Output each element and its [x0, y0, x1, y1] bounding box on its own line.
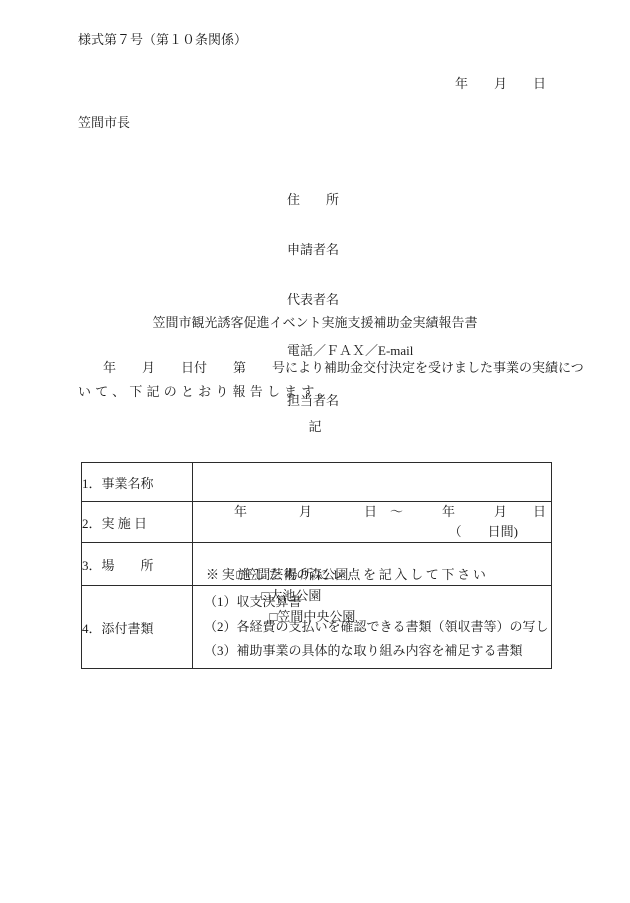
- document-title: 笠間市観光誘客促進イベント実施支援補助金実績報告書: [0, 316, 630, 329]
- implementation-date-cell: 年 月 日 ～ 年 月 日 （ 日間): [193, 502, 552, 543]
- date-period-line: 年 月 日 ～ 年 月 日: [193, 502, 551, 522]
- table-row-place: 3．場 所 □笠間芸術の森公園 □大池公園 □笠間中央公園 ※実施した場所にレ点…: [82, 543, 552, 586]
- place-label: 3．場 所: [82, 543, 193, 586]
- table-row-project-name: 1．事業名称: [82, 463, 552, 502]
- attachment-item: （2）各経費の支払いを確認できる書類（領収書等）の写し: [193, 615, 551, 640]
- date-days-line: （ 日間): [193, 522, 551, 542]
- place-cell: □笠間芸術の森公園 □大池公園 □笠間中央公園 ※実施した場所にレ点を記入して下…: [193, 543, 552, 586]
- report-table: 1．事業名称 2．実 施 日 年 月 日 ～ 年 月 日 （ 日間) 3．場 所…: [81, 462, 552, 669]
- attachment-item: （3）補助事業の具体的な取り組み内容を補足する書類: [193, 639, 551, 664]
- form-number: 様式第７号（第１０条関係）: [78, 33, 247, 46]
- place-options-line: □笠間芸術の森公園 □大池公園 □笠間中央公園: [193, 543, 551, 564]
- project-name-label: 1．事業名称: [82, 463, 193, 502]
- body-paragraph-line2: いて、下記のとおり報告します。: [78, 385, 335, 398]
- attachments-label: 4．添付書類: [82, 586, 193, 669]
- report-form-page: 様式第７号（第１０条関係） 年 月 日 笠間市長 住 所 申請者名 代表者名 電…: [0, 0, 630, 903]
- address-label: 住 所: [287, 188, 413, 212]
- addressee-mayor: 笠間市長: [78, 116, 130, 129]
- attachments-list: （1）収支決算書 （2）各経費の支払いを確認できる書類（領収書等）の写し （3）…: [193, 590, 551, 664]
- implementation-date-label: 2．実 施 日: [82, 502, 193, 543]
- project-name-value[interactable]: [193, 472, 551, 492]
- place-note: ※実施した場所にレ点を記入して下さい: [193, 564, 551, 585]
- applicant-name-label: 申請者名: [287, 238, 413, 262]
- representative-name-label: 代表者名: [287, 288, 413, 312]
- date-line: 年 月 日: [455, 77, 546, 90]
- project-name-cell[interactable]: [193, 463, 552, 502]
- table-row-date: 2．実 施 日 年 月 日 ～ 年 月 日 （ 日間): [82, 502, 552, 543]
- record-marker: 記: [0, 420, 630, 433]
- attachments-cell: （1）収支決算書 （2）各経費の支払いを確認できる書類（領収書等）の写し （3）…: [193, 586, 552, 669]
- attachment-item: （1）収支決算書: [193, 590, 551, 615]
- body-paragraph-line1: 年 月 日付 第 号により補助金交付決定を受けました事業の実績につ: [78, 361, 584, 374]
